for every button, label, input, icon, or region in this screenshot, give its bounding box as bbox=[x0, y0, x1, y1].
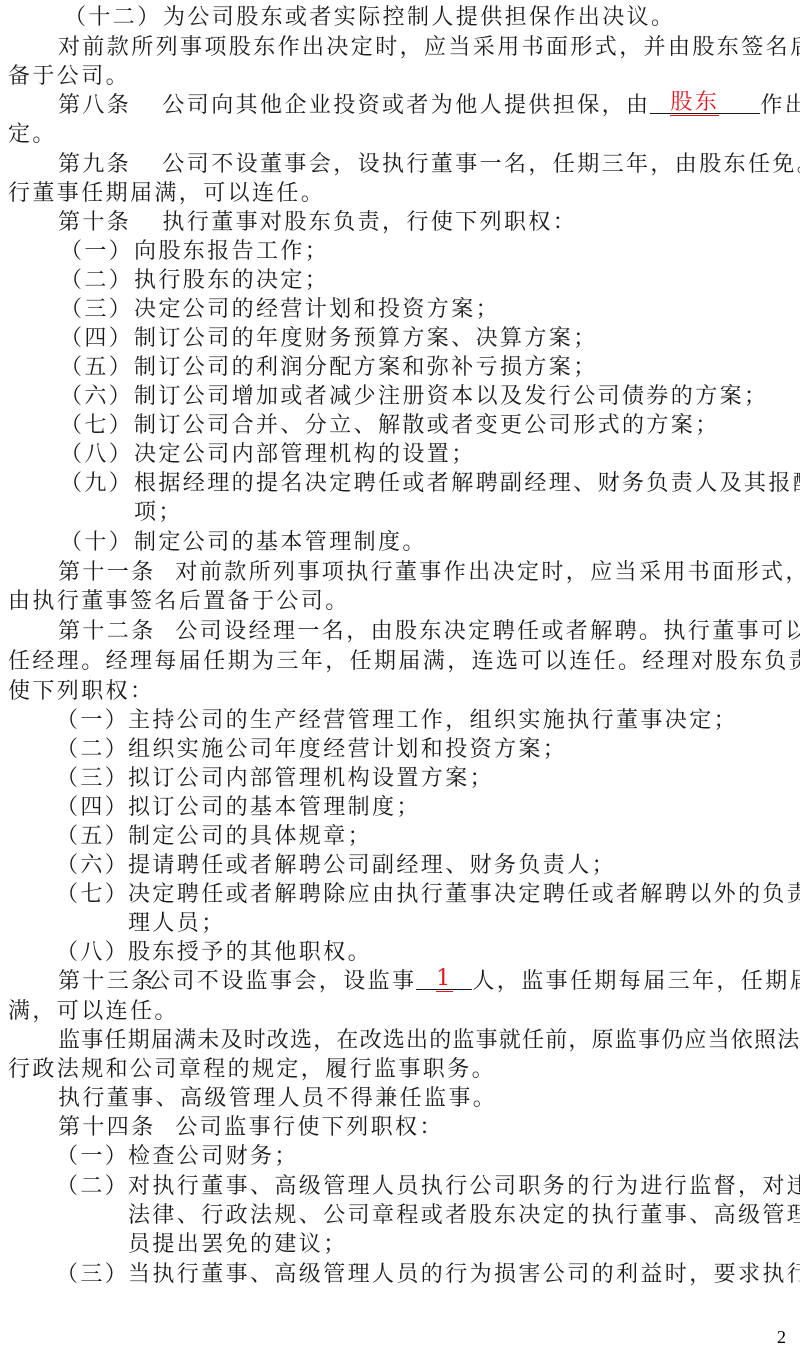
list-item: （十） 制定公司的基本管理制度。 bbox=[0, 528, 800, 558]
decision-maker-field: 股东 bbox=[650, 91, 760, 114]
article-number: 第九条 bbox=[58, 150, 153, 180]
article-number: 第八条 bbox=[58, 91, 153, 121]
list-item: （六） 制订公司增加或者减少注册资本以及发行公司债券的方案； bbox=[0, 382, 800, 412]
article-number: 第十三条 bbox=[58, 967, 148, 997]
list-item-continuation: 项； bbox=[0, 498, 800, 528]
article-10: 第十条 执行董事对股东负责，行使下列职权： bbox=[58, 208, 800, 238]
item-text: 执行股东的决定； bbox=[134, 266, 329, 296]
paragraph-text: 对前款所列事项股东作出决定时，应当采用书面形式，并由股东签名后置 bbox=[58, 35, 800, 60]
item-label: （三） bbox=[56, 764, 129, 794]
item-label: （二） bbox=[56, 735, 129, 765]
item-text: 对执行董事、高级管理人员执行公司职务的行为进行监督，对违反 bbox=[128, 1172, 800, 1202]
article-text: 公司监事行使下列职权： bbox=[175, 1115, 443, 1140]
article-text: 公司不设监事会，设监事 bbox=[148, 969, 416, 994]
article-number: 第十条 bbox=[58, 208, 153, 238]
list-item: （四） 制订公司的年度财务预算方案、决算方案； bbox=[0, 324, 800, 354]
paragraph-text: 行政法规和公司章程的规定，履行监事职务。 bbox=[8, 1057, 496, 1082]
list-item: （三） 当执行董事、高级管理人员的行为损害公司的利益时，要求执行董 bbox=[0, 1260, 800, 1290]
document-page: （十二） 为公司股东或者实际控制人提供担保作出决议。 对前款所列事项股东作出决定… bbox=[0, 0, 800, 1359]
article-number: 第十二条 bbox=[58, 617, 166, 647]
item-text: 决定公司内部管理机构的设置； bbox=[134, 440, 476, 470]
supervisor-count-field: 1 bbox=[416, 967, 472, 990]
list-item: （五） 制订公司的利润分配方案和弥补亏损方案； bbox=[0, 353, 800, 383]
paragraph-text: 备于公司。 bbox=[8, 64, 130, 89]
item-label: （三） bbox=[56, 1260, 129, 1290]
paragraph-text: 使下列职权： bbox=[8, 679, 154, 704]
item-text: 向股东报告工作； bbox=[134, 237, 329, 267]
item-label: （四） bbox=[60, 324, 133, 354]
item-text: 项； bbox=[134, 498, 183, 528]
list-item-continuation: 员提出罢免的建议； bbox=[0, 1230, 800, 1260]
list-item: （三） 决定公司的经营计划和投资方案； bbox=[0, 295, 800, 325]
list-item: （七） 决定聘任或者解聘除应由执行董事决定聘任或者解聘以外的负责管 bbox=[0, 880, 800, 910]
paragraph-text: 任经理。经理每届任期为三年，任期届满，连选可以连任。经理对股东负责，行 bbox=[8, 649, 800, 674]
list-item: （十二） 为公司股东或者实际控制人提供担保作出决议。 bbox=[0, 3, 800, 33]
article-text: 公司向其他企业投资或者为他人提供担保，由 bbox=[162, 93, 650, 118]
list-item-continuation: 法律、行政法规、公司章程或者股东决定的执行董事、高级管理人 bbox=[0, 1201, 800, 1231]
list-item: （一） 主持公司的生产经营管理工作，组织实施执行董事决定； bbox=[0, 706, 800, 736]
article-8: 第八条 公司向其他企业投资或者为他人提供担保，由股东作出决 bbox=[58, 91, 800, 121]
item-text: 当执行董事、高级管理人员的行为损害公司的利益时，要求执行董 bbox=[128, 1260, 800, 1290]
item-text: 决定聘任或者解聘除应由执行董事决定聘任或者解聘以外的负责管 bbox=[128, 880, 800, 910]
item-label: （五） bbox=[60, 353, 133, 383]
item-text: 决定公司的经营计划和投资方案； bbox=[134, 295, 500, 325]
article-9: 第九条 公司不设董事会，设执行董事一名，任期三年，由股东任免。执 bbox=[58, 150, 800, 180]
item-label: （十二） bbox=[64, 3, 162, 33]
article-text: 执行董事对股东负责，行使下列职权： bbox=[162, 210, 577, 235]
paragraph-text: 执行董事、高级管理人员不得兼任监事。 bbox=[58, 1086, 497, 1111]
article-11: 第十一条 对前款所列事项执行董事作出决定时，应当采用书面形式，并 bbox=[58, 558, 800, 588]
item-text: 根据经理的提名决定聘任或者解聘副经理、财务负责人及其报酬事 bbox=[134, 469, 800, 499]
item-text: 制定公司的基本管理制度。 bbox=[134, 528, 427, 558]
list-item: （八） 股东授予的其他职权。 bbox=[0, 938, 800, 968]
list-item: （九） 根据经理的提名决定聘任或者解聘副经理、财务负责人及其报酬事 bbox=[0, 469, 800, 499]
item-text: 法律、行政法规、公司章程或者股东决定的执行董事、高级管理人 bbox=[128, 1201, 800, 1231]
item-text: 制定公司的具体规章； bbox=[128, 822, 372, 852]
paragraph-continuation: 备于公司。 bbox=[8, 62, 800, 92]
item-text: 为公司股东或者实际控制人提供担保作出决议。 bbox=[163, 3, 675, 33]
item-text: 拟订公司的基本管理制度； bbox=[128, 793, 421, 823]
item-label: （八） bbox=[56, 938, 129, 968]
item-text: 制订公司增加或者减少注册资本以及发行公司债券的方案； bbox=[134, 382, 768, 412]
paragraph-continuation: 定。 bbox=[8, 120, 800, 150]
paragraph-text: 满，可以连任。 bbox=[8, 999, 179, 1024]
item-label: （八） bbox=[60, 440, 133, 470]
list-item: （七） 制订公司合并、分立、解散或者变更公司形式的方案； bbox=[0, 411, 800, 441]
paragraph: 对前款所列事项股东作出决定时，应当采用书面形式，并由股东签名后置 bbox=[58, 33, 800, 63]
list-item-continuation: 理人员； bbox=[0, 909, 800, 939]
decision-maker-value: 股东 bbox=[670, 90, 719, 116]
paragraph-continuation: 使下列职权： bbox=[8, 677, 800, 707]
supervisor-count-value: 1 bbox=[436, 966, 452, 992]
item-text: 制订公司的利润分配方案和弥补亏损方案； bbox=[134, 353, 598, 383]
item-label: （十） bbox=[60, 528, 133, 558]
paragraph-continuation: 行董事任期届满，可以连任。 bbox=[8, 179, 800, 209]
list-item: （三） 拟订公司内部管理机构设置方案； bbox=[0, 764, 800, 794]
list-item: （一） 向股东报告工作； bbox=[0, 237, 800, 267]
item-label: （六） bbox=[56, 851, 129, 881]
item-label: （六） bbox=[60, 382, 133, 412]
item-label: （二） bbox=[56, 1172, 129, 1202]
article-text: 对前款所列事项执行董事作出决定时，应当采用书面形式，并 bbox=[175, 560, 800, 585]
paragraph-text: 监事任期届满未及时改选，在改选出的监事就任前，原监事仍应当依照法律、 bbox=[58, 1028, 800, 1053]
article-text: 作出决 bbox=[760, 93, 800, 118]
item-text: 制订公司合并、分立、解散或者变更公司形式的方案； bbox=[134, 411, 720, 441]
item-label: （一） bbox=[56, 706, 129, 736]
paragraph-text: 定。 bbox=[8, 122, 57, 147]
list-item: （二） 对执行董事、高级管理人员执行公司职务的行为进行监督，对违反 bbox=[0, 1172, 800, 1202]
list-item: （二） 执行股东的决定； bbox=[0, 266, 800, 296]
article-number: 第十一条 bbox=[58, 558, 166, 588]
item-label: （三） bbox=[60, 295, 133, 325]
item-label: （七） bbox=[60, 411, 133, 441]
item-text: 拟订公司内部管理机构设置方案； bbox=[128, 764, 494, 794]
list-item: （一） 检查公司财务； bbox=[0, 1142, 800, 1172]
article-text: 人，监事任期每届三年，任期届 bbox=[472, 969, 800, 994]
item-text: 提请聘任或者解聘公司副经理、财务负责人； bbox=[128, 851, 616, 881]
item-label: （二） bbox=[60, 266, 133, 296]
article-number: 第十四条 bbox=[58, 1113, 166, 1143]
list-item: （二） 组织实施公司年度经营计划和投资方案； bbox=[0, 735, 800, 765]
article-text: 公司设经理一名，由股东决定聘任或者解聘。执行董事可以兼 bbox=[175, 619, 800, 644]
article-14: 第十四条 公司监事行使下列职权： bbox=[58, 1113, 800, 1143]
article-13: 第十三条公司不设监事会，设监事1人，监事任期每届三年，任期届 bbox=[58, 967, 800, 997]
list-item: （六） 提请聘任或者解聘公司副经理、财务负责人； bbox=[0, 851, 800, 881]
paragraph-continuation: 由执行董事签名后置备于公司。 bbox=[8, 587, 800, 617]
item-label: （五） bbox=[56, 822, 129, 852]
item-label: （一） bbox=[56, 1142, 129, 1172]
item-text: 理人员； bbox=[128, 909, 226, 939]
page-number: 2 bbox=[777, 1327, 786, 1348]
list-item: （五） 制定公司的具体规章； bbox=[0, 822, 800, 852]
item-text: 主持公司的生产经营管理工作，组织实施执行董事决定； bbox=[128, 706, 738, 736]
item-label: （四） bbox=[56, 793, 129, 823]
paragraph-continuation: 任经理。经理每届任期为三年，任期届满，连选可以连任。经理对股东负责，行 bbox=[8, 647, 800, 677]
item-text: 制订公司的年度财务预算方案、决算方案； bbox=[134, 324, 598, 354]
item-label: （一） bbox=[60, 237, 133, 267]
paragraph: 监事任期届满未及时改选，在改选出的监事就任前，原监事仍应当依照法律、 bbox=[58, 1026, 800, 1056]
list-item: （四） 拟订公司的基本管理制度； bbox=[0, 793, 800, 823]
article-text: 公司不设董事会，设执行董事一名，任期三年，由股东任免。执 bbox=[162, 152, 800, 177]
item-text: 检查公司财务； bbox=[128, 1142, 299, 1172]
paragraph-continuation: 满，可以连任。 bbox=[8, 997, 800, 1027]
paragraph-continuation: 行政法规和公司章程的规定，履行监事职务。 bbox=[8, 1055, 800, 1085]
item-label: （九） bbox=[60, 469, 133, 499]
list-item: （八） 决定公司内部管理机构的设置； bbox=[0, 440, 800, 470]
paragraph-text: 由执行董事签名后置备于公司。 bbox=[8, 589, 350, 614]
article-12: 第十二条 公司设经理一名，由股东决定聘任或者解聘。执行董事可以兼 bbox=[58, 617, 800, 647]
item-text: 组织实施公司年度经营计划和投资方案； bbox=[128, 735, 567, 765]
item-label: （七） bbox=[56, 880, 129, 910]
item-text: 股东授予的其他职权。 bbox=[128, 938, 372, 968]
paragraph: 执行董事、高级管理人员不得兼任监事。 bbox=[58, 1084, 800, 1114]
item-text: 员提出罢免的建议； bbox=[128, 1230, 348, 1260]
paragraph-text: 行董事任期届满，可以连任。 bbox=[8, 181, 325, 206]
